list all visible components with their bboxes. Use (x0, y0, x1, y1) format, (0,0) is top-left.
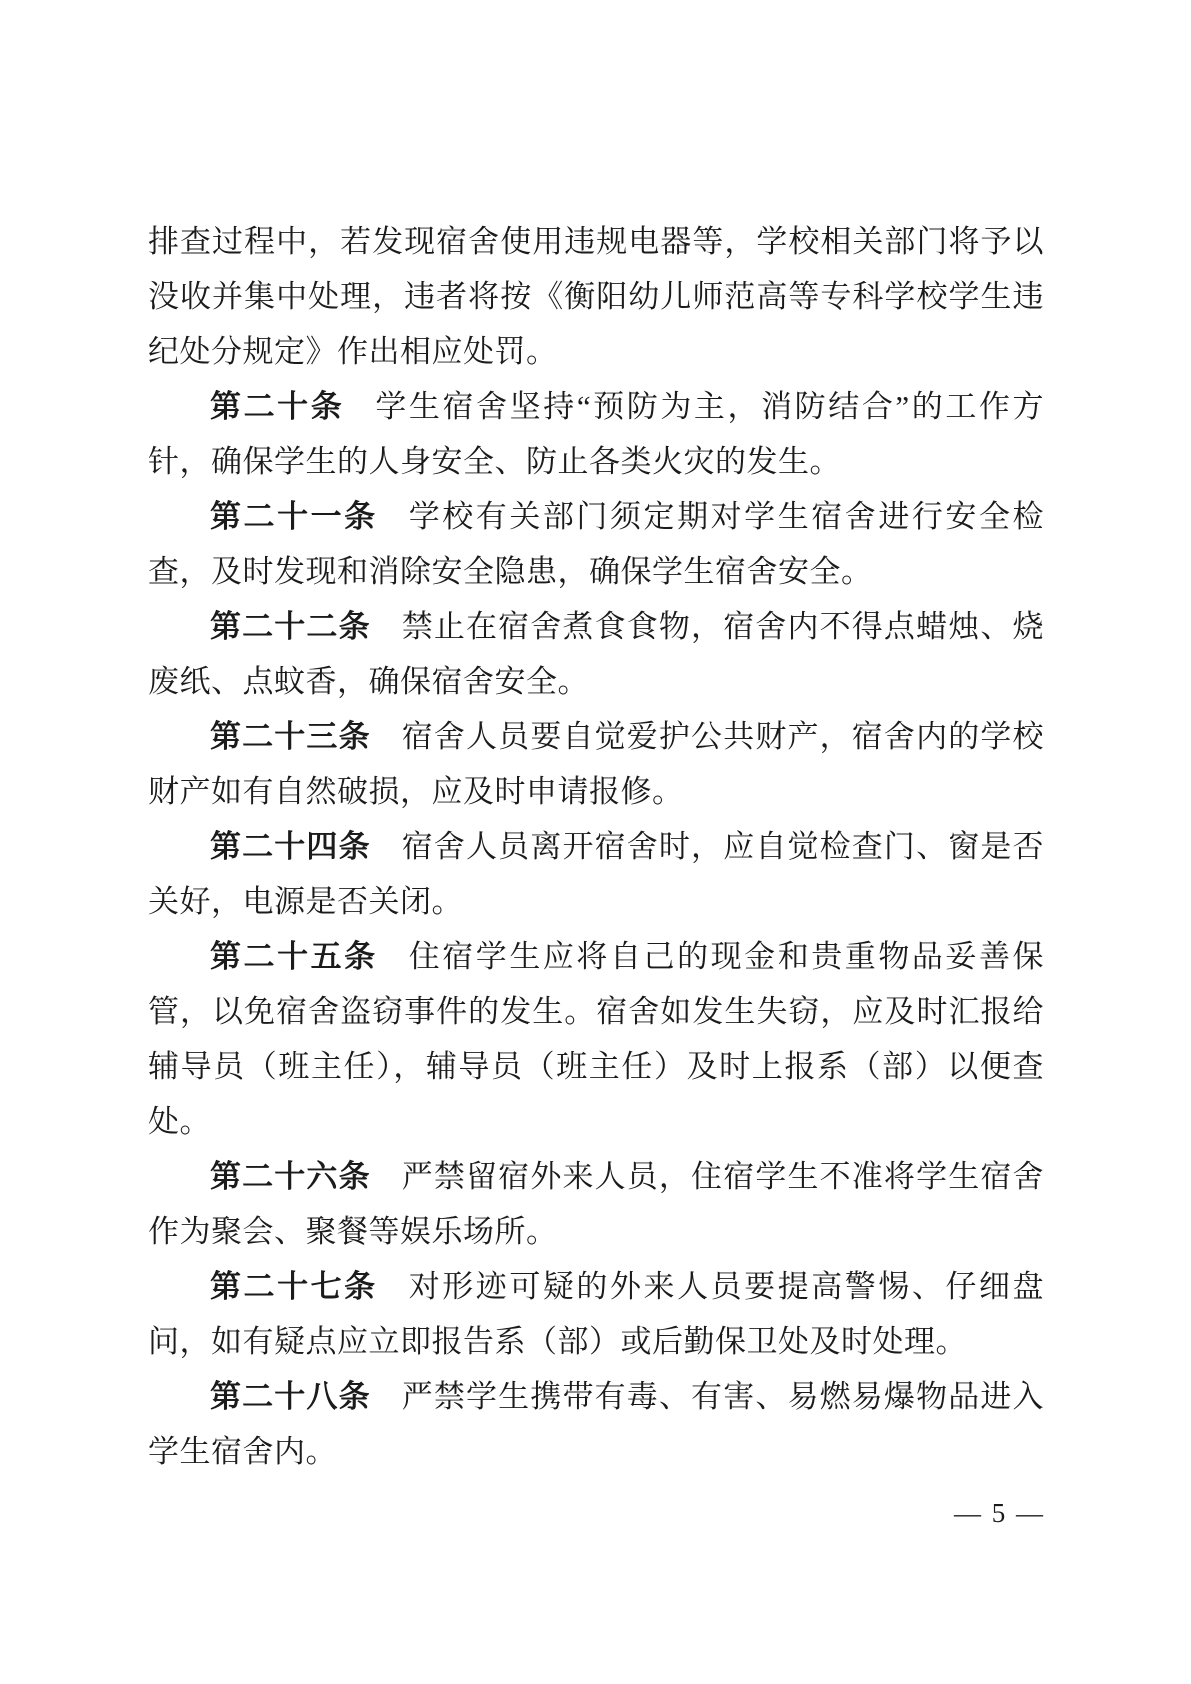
paragraph: 第二十六条严禁留宿外来人员，住宿学生不准将学生宿舍作为聚会、聚餐等娱乐场所。 (148, 1149, 1044, 1259)
paragraph: 第二十一条学校有关部门须定期对学生宿舍进行安全检查，及时发现和消除安全隐患，确保… (148, 489, 1044, 599)
article-number-label: 第二十条 (210, 389, 344, 424)
article-number-label: 第二十一条 (210, 499, 378, 534)
paragraph: 第二十二条禁止在宿舍煮食食物，宿舍内不得点蜡烛、烧废纸、点蚊香，确保宿舍安全。 (148, 599, 1044, 709)
paragraph: 第二十三条宿舍人员要自觉爱护公共财产，宿舍内的学校财产如有自然破损，应及时申请报… (148, 709, 1044, 819)
article-number-label: 第二十七条 (210, 1269, 378, 1304)
paragraph: 第二十七条对形迹可疑的外来人员要提高警惕、仔细盘问，如有疑点应立即报告系（部）或… (148, 1259, 1044, 1369)
paragraph: 第二十条学生宿舍坚持“预防为主，消防结合”的工作方针，确保学生的人身安全、防止各… (148, 379, 1044, 489)
page-footer: — 5 — (745, 1498, 1045, 1529)
paragraph: 第二十五条住宿学生应将自己的现金和贵重物品妥善保管，以免宿舍盗窃事件的发生。宿舍… (148, 929, 1044, 1149)
article-number-label: 第二十五条 (210, 939, 378, 974)
document-page: 排查过程中，若发现宿舍使用违规电器等，学校相关部门将予以没收并集中处理，违者将按… (0, 0, 1191, 1684)
article-number-label: 第二十八条 (210, 1379, 371, 1414)
paragraph: 第二十八条严禁学生携带有毒、有害、易燃易爆物品进入学生宿舍内。 (148, 1369, 1044, 1479)
article-number-label: 第二十二条 (210, 609, 371, 644)
article-number-label: 第二十四条 (210, 829, 371, 864)
article-number-label: 第二十三条 (210, 719, 371, 754)
paragraph: 排查过程中，若发现宿舍使用违规电器等，学校相关部门将予以没收并集中处理，违者将按… (148, 214, 1044, 379)
article-number-label: 第二十六条 (210, 1159, 371, 1194)
document-body: 排查过程中，若发现宿舍使用违规电器等，学校相关部门将予以没收并集中处理，违者将按… (148, 214, 1044, 1479)
page-number: — 5 — (954, 1498, 1045, 1528)
paragraph: 第二十四条宿舍人员离开宿舍时，应自觉检查门、窗是否关好，电源是否关闭。 (148, 819, 1044, 929)
paragraph-text: 排查过程中，若发现宿舍使用违规电器等，学校相关部门将予以没收并集中处理，违者将按… (148, 224, 1044, 369)
